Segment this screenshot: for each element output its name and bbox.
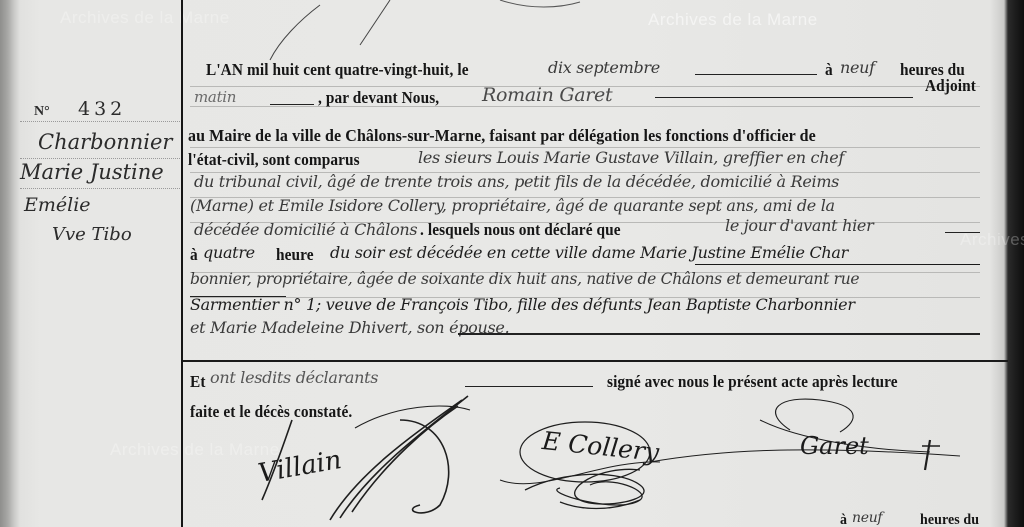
register-page: Archives de la Marne Archives de la Marn… (0, 0, 1024, 527)
signature-flourishes (0, 0, 1024, 527)
next-act-printed-at: à (840, 512, 847, 527)
next-act-printed-hours: heures du (920, 512, 979, 527)
signature-garet: Garet (800, 432, 869, 460)
next-act-handwritten-hour: neuf (852, 510, 882, 526)
